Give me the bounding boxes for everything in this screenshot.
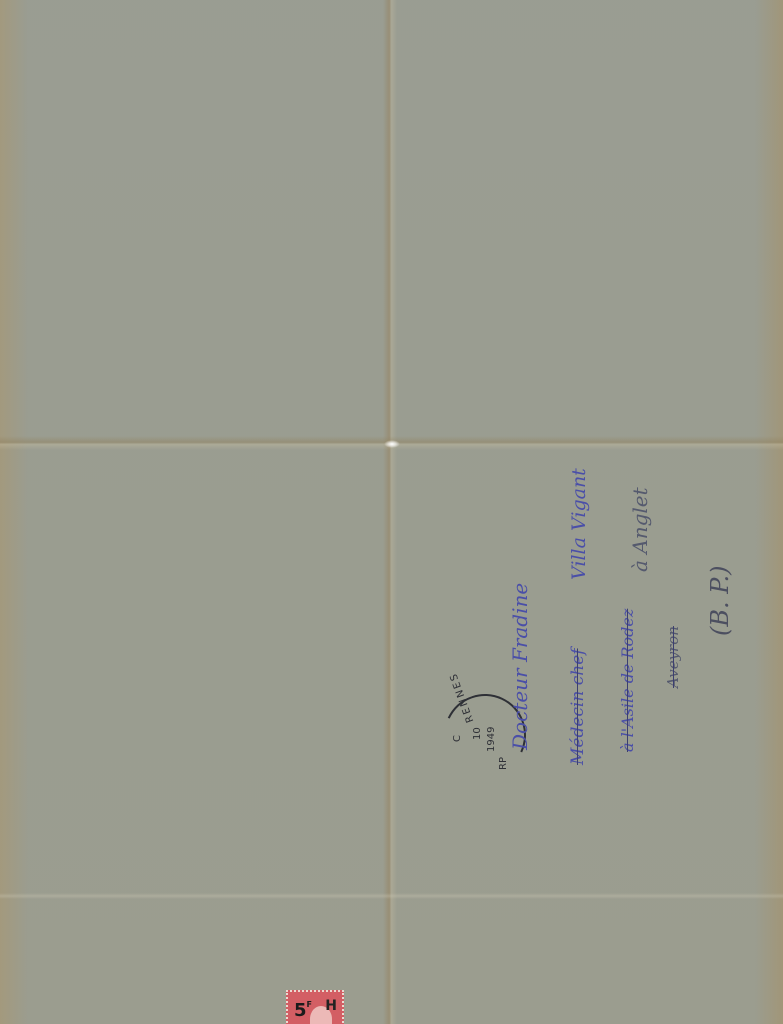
address-line-department-struck: Aveyron (664, 626, 682, 688)
fold-intersection-highlight (384, 440, 400, 448)
sender-initials: (B. P.) (706, 565, 734, 636)
address-line-asylum-struck: à l'Asile de Rodez (618, 609, 637, 752)
stamp-value: 5F (294, 1000, 312, 1021)
address-line-town: à Anglet (628, 487, 652, 572)
postmark-code: RP (498, 757, 509, 770)
address-line-villa: Villa Vigant (568, 468, 590, 580)
postmark-day: 10 (472, 727, 483, 740)
stamp-overprint: H (325, 998, 337, 1014)
lower-fold-crease (0, 893, 783, 899)
postmark-year: 1949 (486, 727, 497, 752)
postmark-letter: C (452, 735, 463, 742)
vertical-fold-crease (383, 0, 397, 1024)
postage-stamp: 5F H (286, 990, 344, 1024)
address-line-title-struck: Médecin chef (568, 648, 588, 765)
address-line-recipient: Docteur Fradine (508, 583, 532, 750)
